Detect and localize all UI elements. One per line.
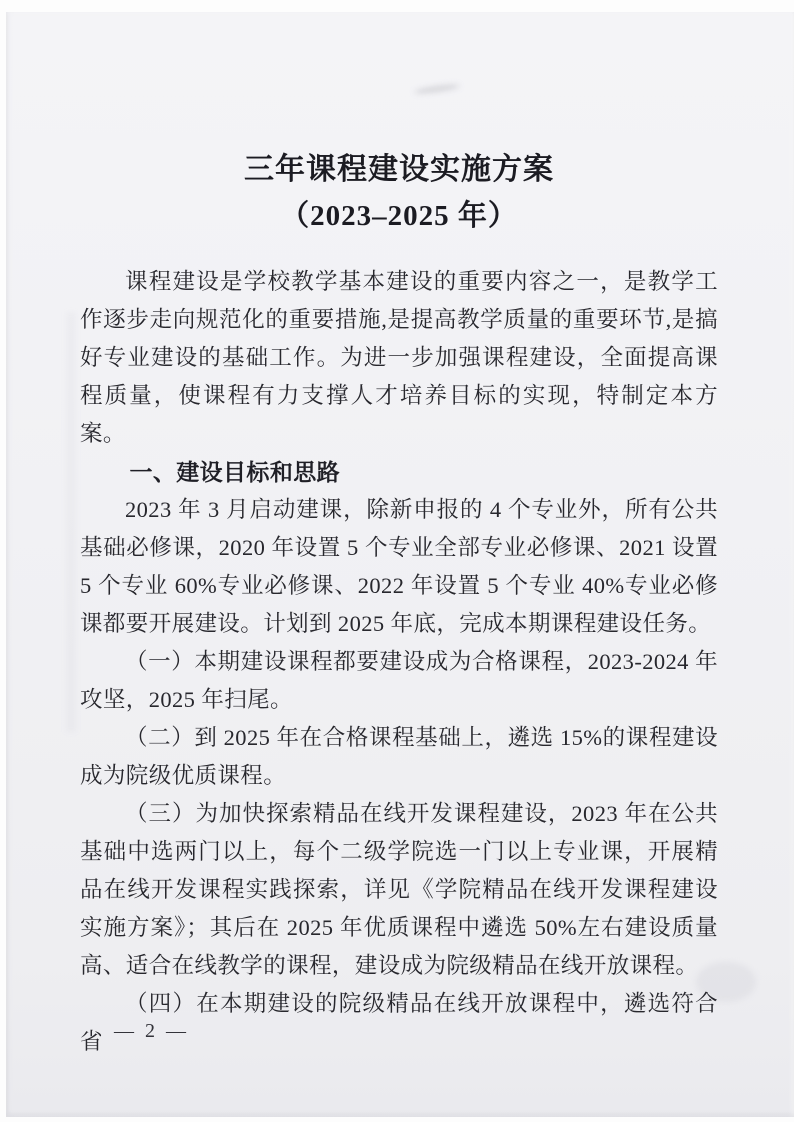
scan-smudge — [414, 83, 460, 95]
scan-shading — [66, 312, 76, 732]
body-paragraph: 2023 年 3 月启动建课，除新申报的 4 个专业外，所有公共基础必修课，20… — [80, 491, 718, 643]
document-body: 课程建设是学校教学基本建设的重要内容之一，是教学工作逐步走向规范化的重要措施,是… — [80, 263, 718, 1061]
body-paragraph: 课程建设是学校教学基本建设的重要内容之一，是教学工作逐步走向规范化的重要措施,是… — [80, 263, 718, 453]
title-line-1: 三年课程建设实施方案 — [80, 146, 718, 193]
document-title: 三年课程建设实施方案 （2023–2025 年） — [80, 146, 718, 239]
body-paragraph: （二）到 2025 年在合格课程基础上，遴选 15%的课程建设成为院级优质课程。 — [80, 719, 718, 795]
title-line-2: （2023–2025 年） — [80, 193, 718, 239]
body-paragraph: （三）为加快探索精品在线开发课程建设，2023 年在公共基础中选两门以上，每个二… — [80, 795, 718, 985]
page-number: — 2 — — [114, 1020, 189, 1043]
body-paragraph: （一）本期建设课程都要建设成为合格课程，2023-2024 年攻坚，2025 年… — [80, 643, 718, 719]
document-content: 三年课程建设实施方案 （2023–2025 年） 课程建设是学校教学基本建设的重… — [80, 146, 718, 1061]
section-heading: 一、建设目标和思路 — [80, 453, 718, 491]
